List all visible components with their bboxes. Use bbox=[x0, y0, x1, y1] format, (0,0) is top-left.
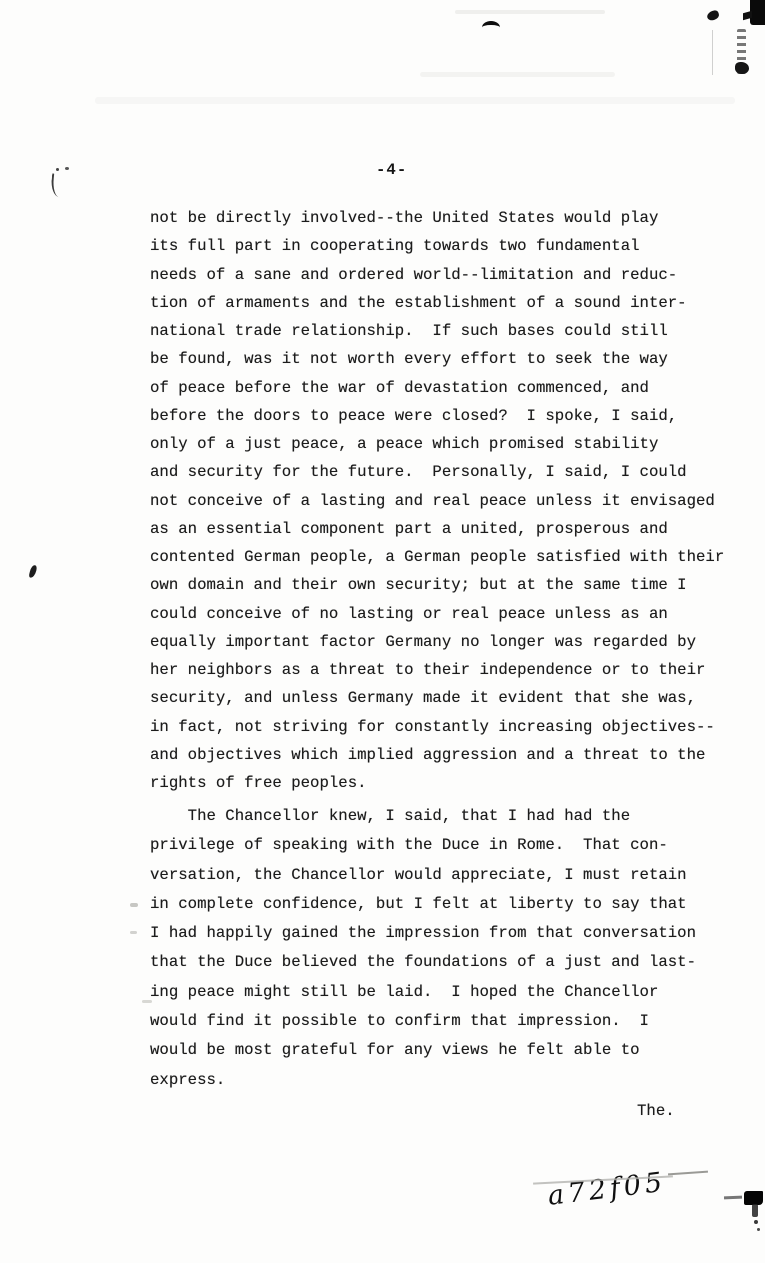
scan-streak bbox=[455, 10, 605, 14]
bottom-ink-stem bbox=[752, 1204, 758, 1217]
text-line: that the Duce believed the foundations o… bbox=[150, 948, 740, 977]
margin-dot bbox=[65, 167, 69, 170]
text-line: national trade relationship. If such bas… bbox=[150, 317, 740, 345]
faint-margin-mark bbox=[130, 903, 138, 907]
text-line: would be most grateful for any views he … bbox=[150, 1036, 740, 1065]
text-line: express. bbox=[150, 1066, 740, 1095]
page-number: -4- bbox=[376, 161, 407, 179]
text-line: only of a just peace, a peace which prom… bbox=[150, 430, 740, 458]
margin-pencil-hook bbox=[50, 173, 64, 197]
text-line: its full part in cooperating towards two… bbox=[150, 232, 740, 260]
bottom-ink-speck bbox=[757, 1228, 760, 1231]
text-line: versation, the Chancellor would apprecia… bbox=[150, 861, 740, 890]
binding-smudge-blob bbox=[735, 62, 749, 74]
text-line: own domain and their own security; but a… bbox=[150, 571, 740, 599]
text-line: privilege of speaking with the Duce in R… bbox=[150, 831, 740, 860]
text-line: ing peace might still be laid. I hoped t… bbox=[150, 978, 740, 1007]
text-line: in fact, not striving for constantly inc… bbox=[150, 713, 740, 741]
text-line: The Chancellor knew, I said, that I had … bbox=[150, 802, 740, 831]
bottom-ink-speck bbox=[754, 1220, 758, 1224]
margin-dot bbox=[56, 168, 59, 171]
text-line: and security for the future. Personally,… bbox=[150, 458, 740, 486]
text-line: her neighbors as a threat to their indep… bbox=[150, 656, 740, 684]
text-line: be found, was it not worth every effort … bbox=[150, 345, 740, 373]
text-line: not conceive of a lasting and real peace… bbox=[150, 487, 740, 515]
text-line: before the doors to peace were closed? I… bbox=[150, 402, 740, 430]
text-line: rights of free peoples. bbox=[150, 769, 740, 797]
text-line: would find it possible to confirm that i… bbox=[150, 1007, 740, 1036]
text-line: not be directly involved--the United Sta… bbox=[150, 204, 740, 232]
text-line: and objectives which implied aggression … bbox=[150, 741, 740, 769]
text-line: security, and unless Germany made it evi… bbox=[150, 684, 740, 712]
text-line: needs of a sane and ordered world--limit… bbox=[150, 261, 740, 289]
crease-line bbox=[668, 1171, 708, 1176]
text-line: in complete confidence, but I felt at li… bbox=[150, 890, 740, 919]
text-line: contented German people, a German people… bbox=[150, 543, 740, 571]
top-arc-mark bbox=[482, 21, 500, 34]
text-line: of peace before the war of devastation c… bbox=[150, 374, 740, 402]
text-line: equally important factor Germany no long… bbox=[150, 628, 740, 656]
text-line: could conceive of no lasting or real pea… bbox=[150, 600, 740, 628]
text-line: as an essential component part a united,… bbox=[150, 515, 740, 543]
bottom-ink-blob bbox=[744, 1191, 763, 1205]
corner-ink-block bbox=[750, 0, 765, 25]
paragraph-2: The Chancellor knew, I said, that I had … bbox=[150, 802, 740, 1095]
bottom-margin-dash bbox=[724, 1196, 742, 1200]
corner-ink-blob bbox=[706, 9, 720, 21]
binding-faint-line bbox=[712, 30, 713, 75]
catchword: The. bbox=[637, 1102, 675, 1120]
scan-streak bbox=[420, 72, 615, 77]
text-line: tion of armaments and the establishment … bbox=[150, 289, 740, 317]
faint-margin-mark bbox=[142, 1000, 152, 1003]
scan-streak bbox=[95, 97, 735, 104]
text-line: I had happily gained the impression from… bbox=[150, 919, 740, 948]
margin-ink-speck bbox=[29, 564, 38, 578]
paragraph-1: not be directly involved--the United Sta… bbox=[150, 204, 740, 797]
scanned-document-page: -4- not be directly involved--the United… bbox=[0, 0, 765, 1263]
handwritten-annotation: a72f05 bbox=[546, 1167, 668, 1212]
faint-margin-mark bbox=[130, 931, 137, 934]
